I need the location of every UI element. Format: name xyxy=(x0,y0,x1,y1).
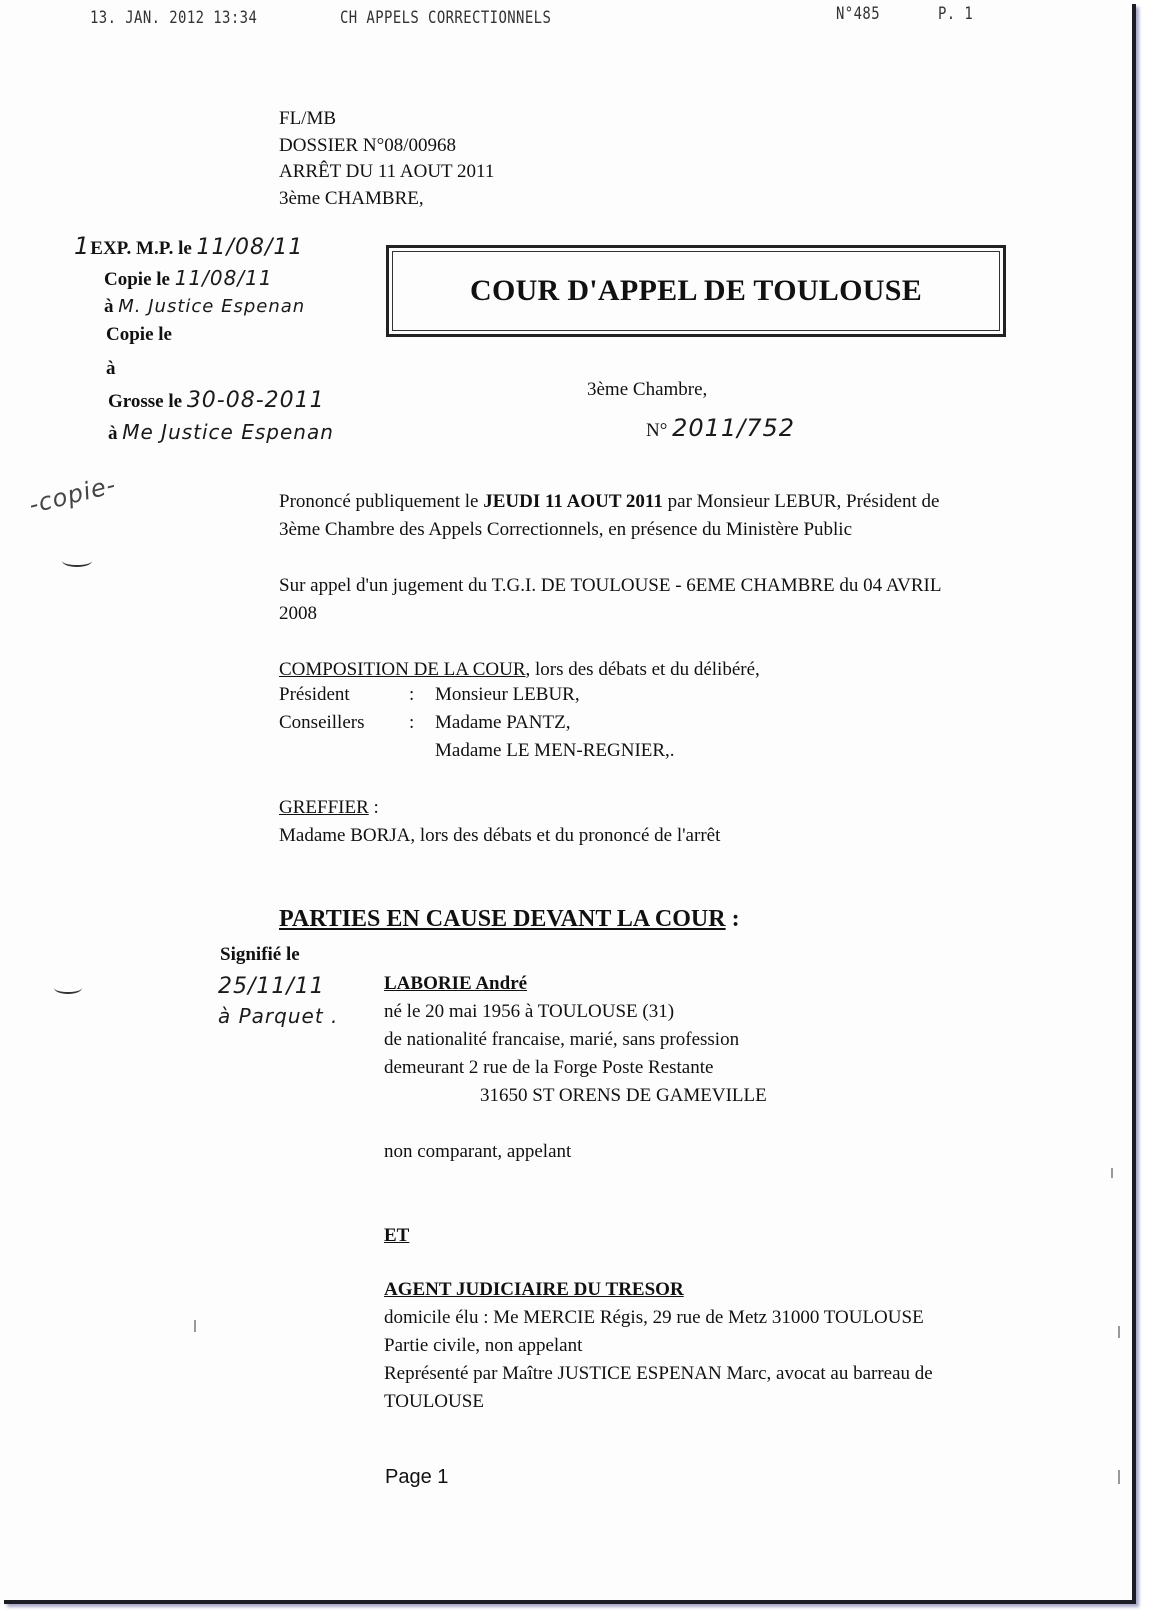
party1-details: né le 20 mai 1956 à TOULOUSE (31) de nat… xyxy=(384,998,767,1110)
margin-exp-date: 11/08/11 xyxy=(197,235,304,260)
parties-heading-line: PARTIES EN CAUSE DEVANT LA COUR : xyxy=(279,906,740,933)
margin-grosse-to-line: à Me Justice Espenan xyxy=(108,420,334,445)
pronounced-paragraph: Prononcé publiquement le JEUDI 11 AOUT 2… xyxy=(279,488,939,544)
parties-heading: PARTIES EN CAUSE DEVANT LA COUR xyxy=(279,906,726,932)
reference-block: FL/MB DOSSIER N°08/00968 ARRÊT DU 11 AOU… xyxy=(279,106,494,212)
reference-arret: ARRÊT DU 11 AOUT 2011 xyxy=(279,159,494,186)
party1-city: 31650 ST ORENS DE GAMEVILLE xyxy=(384,1082,767,1110)
fax-department: CH APPELS CORRECTIONNELS xyxy=(340,8,551,28)
reference-dossier: DOSSIER N°08/00968 xyxy=(279,133,494,160)
signifie-recipient: à Parquet . xyxy=(218,1004,338,1028)
court-numero: 2011/752 xyxy=(672,414,795,442)
page-number: Page 1 xyxy=(385,1466,448,1489)
party2-name: AGENT JUDICIAIRE DU TRESOR xyxy=(384,1276,684,1304)
party2-details: domicile élu : Me MERCIE Régis, 29 rue d… xyxy=(384,1304,933,1416)
greffier-text: Madame BORJA, lors des débats et du pron… xyxy=(279,822,720,850)
scan-artifact xyxy=(1118,1326,1120,1338)
reference-chambre: 3ème CHAMBRE, xyxy=(279,186,494,213)
signifie-label: Signifié le xyxy=(220,944,300,966)
greffier-block: GREFFIER : Madame BORJA, lors des débats… xyxy=(279,794,720,850)
composition-row: Conseillers:Madame PANTZ, xyxy=(279,712,570,734)
fax-datetime: 13. JAN. 2012 13:34 xyxy=(90,8,257,28)
fax-page: P. 1 xyxy=(938,4,973,24)
court-numero-line: N° 2011/752 xyxy=(646,414,795,442)
document-page: 13. JAN. 2012 13:34 CH APPELS CORRECTION… xyxy=(0,0,1132,1600)
margin-copie1-to-line: à M. Justice Espenan xyxy=(104,296,305,318)
scan-artifact xyxy=(194,1320,196,1332)
signifie-date: 25/11/11 xyxy=(218,974,325,999)
margin-grosse-recipient: Me Justice Espenan xyxy=(122,420,334,444)
margin-copie1-line: Copie le 11/08/11 xyxy=(104,266,273,291)
checkmark-icon xyxy=(62,555,92,567)
margin-copie2-to: à xyxy=(106,358,116,380)
greffier-heading: GREFFIER xyxy=(279,797,369,818)
composition-heading: COMPOSITION DE LA COUR xyxy=(279,659,526,680)
margin-copie2-label: Copie le xyxy=(106,324,172,346)
composition-row: Madame LE MEN-REGNIER,. xyxy=(279,740,675,762)
composition-row: Président:Monsieur LEBUR, xyxy=(279,684,580,706)
fax-number: N°485 xyxy=(836,4,880,24)
scan-artifact xyxy=(1118,1470,1120,1484)
checkmark-icon xyxy=(54,982,82,994)
copie-handwritten-stamp: -copie- xyxy=(26,470,119,519)
appeal-paragraph: Sur appel d'un jugement du T.G.I. DE TOU… xyxy=(279,572,941,628)
court-title: COUR D'APPEL DE TOULOUSE xyxy=(470,274,922,308)
reference-initials: FL/MB xyxy=(279,106,494,133)
margin-copie1-recipient: M. Justice Espenan xyxy=(118,296,305,317)
pronounced-date: JEUDI 11 AOUT 2011 xyxy=(483,491,663,512)
margin-copie1-date: 11/08/11 xyxy=(175,266,273,290)
margin-exp-line: 1EXP. M.P. le 11/08/11 xyxy=(74,232,303,260)
party1-status: non comparant, appelant xyxy=(384,1138,571,1166)
conjunction-et: ET xyxy=(384,1222,409,1250)
margin-grosse-date: 30-08-2011 xyxy=(187,388,325,413)
margin-grosse-line: Grosse le 30-08-2011 xyxy=(108,388,325,413)
party1-name: LABORIE André xyxy=(384,970,527,998)
composition-heading-line: COMPOSITION DE LA COUR, lors des débats … xyxy=(279,656,760,684)
court-chambre: 3ème Chambre, xyxy=(587,376,707,404)
court-title-box: COUR D'APPEL DE TOULOUSE xyxy=(386,245,1006,337)
scan-artifact xyxy=(1111,1168,1113,1178)
